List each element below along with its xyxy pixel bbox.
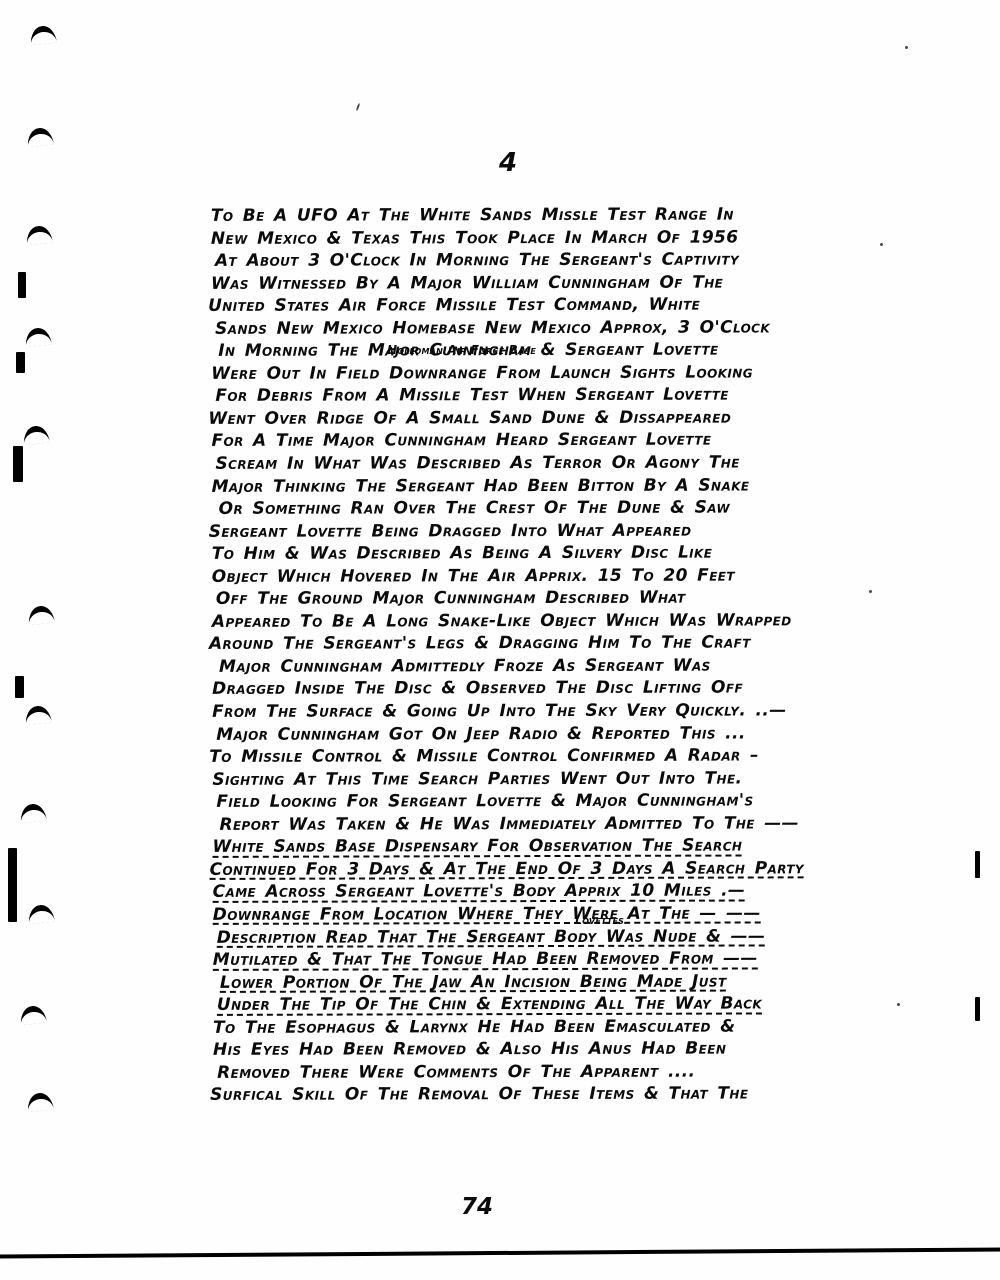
binding-mark — [27, 605, 55, 626]
handwritten-line: Went Over Ridge Of A Small Sand Dune & D… — [208, 406, 901, 430]
handwritten-line: For A Time Major Cunningham Heard Sergea… — [211, 429, 901, 453]
handwritten-line: In Morning The Major Cunningham & Sergea… — [218, 338, 901, 362]
handwritten-line: Sergeant Lovette Being Dragged Into What… — [209, 519, 902, 543]
handwritten-line: To The Esophagus & Larynx He Had Been Em… — [213, 1015, 903, 1039]
handwritten-line: Sighting At This Time Search Parties Wen… — [212, 767, 902, 791]
handwritten-line: White Sands Base Dispensary For Observat… — [212, 834, 902, 858]
handwritten-line: Major Cunningham Admittedly Froze As Ser… — [219, 654, 902, 678]
scan-artifact-bar — [18, 272, 26, 298]
binding-mark — [24, 705, 52, 726]
binding-mark — [19, 1005, 47, 1026]
handwritten-line: Was Witnessed By A Major William Cunning… — [211, 271, 901, 295]
handwritten-line: Downrange From Location Where They Were … — [213, 902, 903, 926]
handwritten-body: To Be A UFO At The White Sands Missle Te… — [211, 203, 903, 1107]
binding-mark — [27, 904, 55, 925]
handwritten-line: Sands New Mexico Homebase New Mexico App… — [215, 316, 901, 340]
scan-speck — [356, 103, 361, 111]
binding-mark — [26, 127, 54, 148]
handwritten-line: Scream In What Was Described As Terror O… — [215, 451, 901, 475]
insertion-holloman-air-force-base: Holloman Air Force Base — [387, 343, 536, 357]
page-number-bottom: 74 — [461, 1194, 493, 1220]
scan-artifact-bar — [975, 997, 980, 1021]
handwritten-line: To Him & Was Described As Being A Silver… — [212, 541, 902, 565]
page-number-top: 4 — [499, 148, 517, 178]
handwritten-line: Dragged Inside The Disc & Observed The D… — [212, 677, 902, 701]
handwritten-line: Removed There Were Comments Of The Appar… — [217, 1060, 903, 1084]
handwritten-line: Appeared To Be A Long Snake-Like Object … — [212, 609, 902, 633]
binding-mark — [26, 1092, 54, 1113]
scan-edge-line — [0, 1247, 1000, 1258]
handwritten-line: Around The Sergeant's Legs & Dragging Hi… — [209, 631, 902, 655]
scan-artifact-bar — [13, 446, 23, 482]
handwritten-line: Under The Tip Of The Chin & Extending Al… — [217, 992, 903, 1016]
handwritten-line: For Debris From A Missile Test When Serg… — [215, 383, 901, 407]
binding-mark — [22, 425, 50, 446]
scan-artifact-bar — [16, 352, 25, 373]
handwritten-line: From The Surface & Going Up Into The Sky… — [212, 699, 902, 723]
handwritten-line: Surfical Skill Of The Removal Of These I… — [210, 1082, 903, 1106]
handwritten-line: Object Which Hovered In The Air Apprix. … — [212, 564, 902, 588]
scan-speck — [905, 46, 908, 49]
handwritten-line: Field Looking For Sergeant Lovette & Maj… — [216, 789, 902, 813]
handwritten-line: Continued For 3 Days & At The End Of 3 D… — [210, 857, 903, 881]
handwritten-line: New Mexico & Texas This Took Place In Ma… — [211, 226, 901, 250]
handwritten-line: Major Cunningham Got On Jeep Radio & Rep… — [216, 722, 902, 746]
handwritten-line: Lower Portion Of The Jaw An Incision Bei… — [220, 970, 903, 994]
scan-artifact-bar — [15, 676, 24, 698]
handwritten-line: Description Read That The Sergeant Body … — [217, 925, 903, 949]
handwritten-line: Major Thinking The Sergeant Had Been Bit… — [212, 474, 902, 498]
handwritten-line: Or Something Ran Over The Crest Of The D… — [219, 496, 902, 520]
handwritten-line: At About 3 O'Clock In Morning The Sergea… — [215, 248, 901, 272]
binding-mark — [19, 803, 47, 824]
handwritten-line: His Eyes Had Been Removed & Also His Anu… — [213, 1037, 903, 1061]
binding-mark — [24, 327, 52, 348]
handwritten-line: Report Was Taken & He Was Immediately Ad… — [219, 812, 902, 836]
binding-mark — [29, 25, 57, 46]
handwritten-line: United States Air Force Missile Test Com… — [208, 293, 901, 317]
scan-artifact-bar — [8, 848, 17, 922]
handwritten-line: Were Out In Field Downrange From Launch … — [211, 361, 901, 385]
handwritten-line: Off The Ground Major Cunningham Describe… — [216, 586, 902, 610]
insertion-lovettes: Lovettes — [575, 914, 624, 927]
handwritten-line: Mutilated & That The Tongue Had Been Rem… — [213, 947, 903, 971]
scan-artifact-bar — [975, 851, 980, 878]
handwritten-line: To Be A UFO At The White Sands Missle Te… — [211, 203, 901, 227]
document-scan-page: 4 To Be A UFO At The White Sands Missle … — [0, 0, 1000, 1280]
handwritten-line: To Missile Control & Missile Control Con… — [209, 744, 902, 768]
handwritten-line: Came Across Sergeant Lovette's Body Appr… — [213, 880, 903, 904]
binding-mark — [25, 225, 53, 246]
